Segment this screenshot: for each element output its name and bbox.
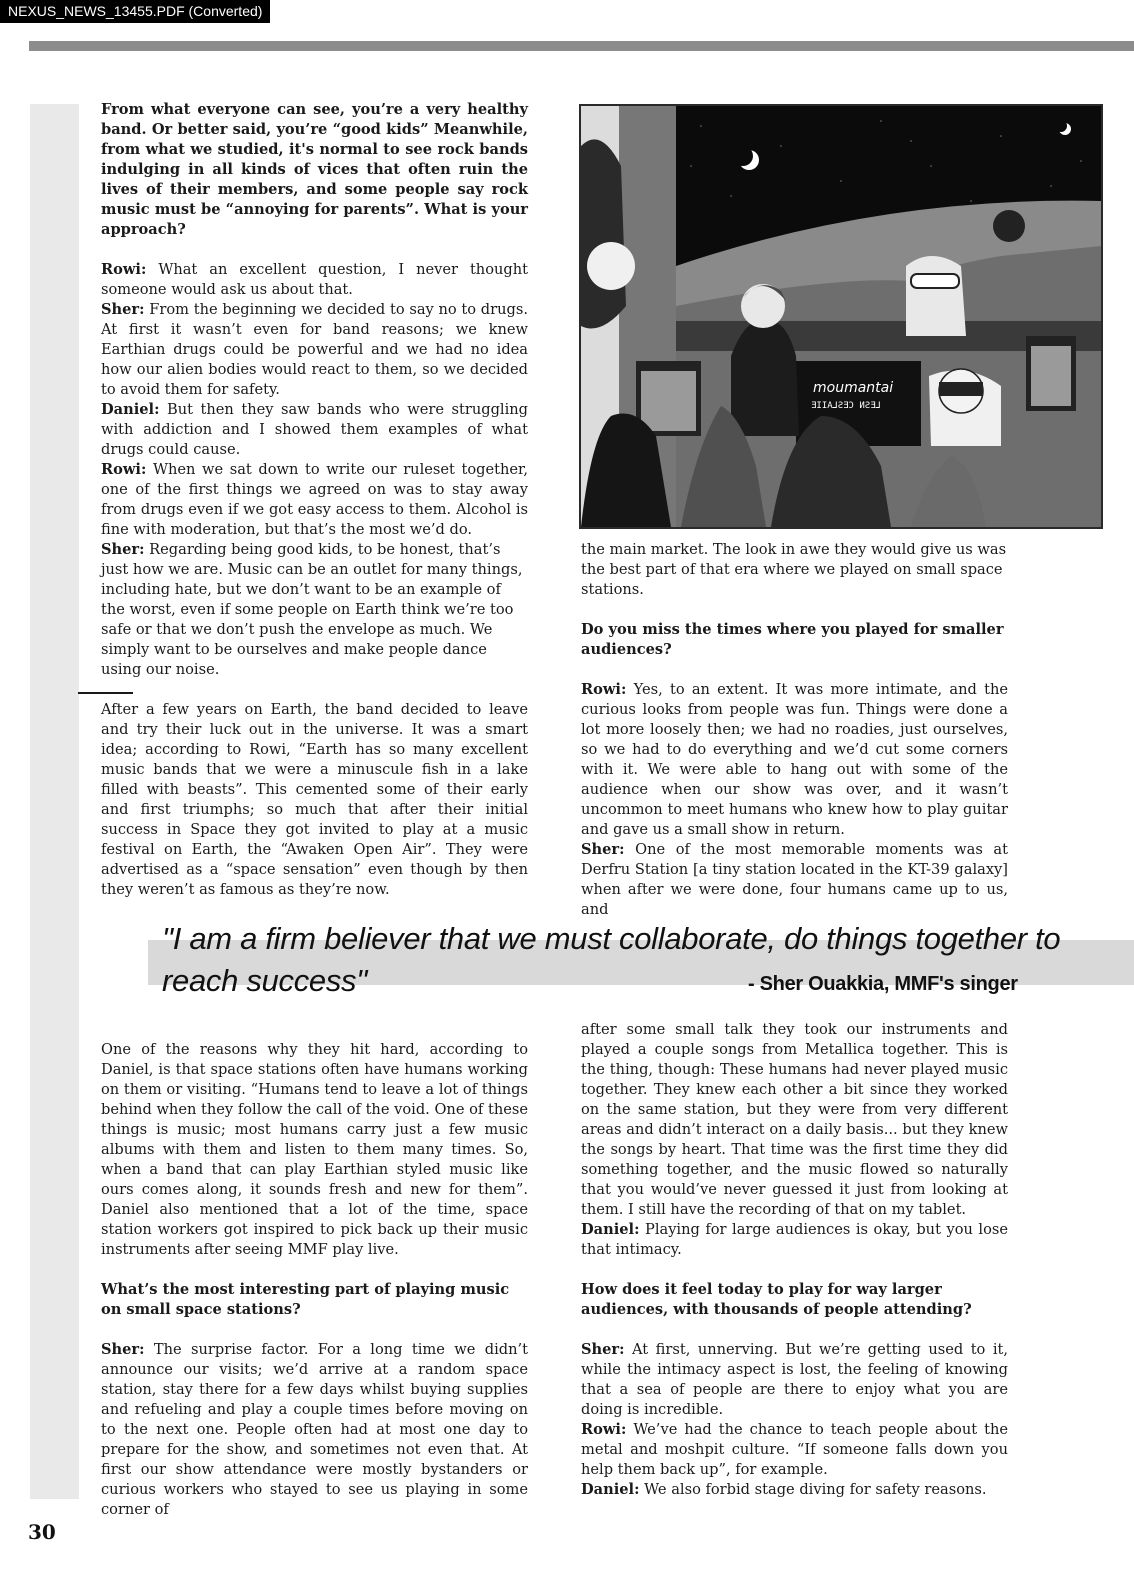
speaker-name: Daniel: [581, 1481, 639, 1498]
narrative-paragraph: One of the reasons why they hit hard, ac… [101, 1040, 528, 1260]
answer: Rowi: What an excellent question, I neve… [101, 260, 528, 300]
answer: Rowi: When we sat down to write our rule… [101, 460, 528, 540]
speaker-name: Daniel: [581, 1221, 639, 1238]
section-divider [78, 692, 133, 694]
answer-text: Yes, to an extent. It was more intimate,… [581, 681, 1008, 838]
answer-text: When we sat down to write our ruleset to… [101, 461, 528, 538]
answer: Sher: One of the most memorable moments … [581, 840, 1008, 920]
interview-question: What’s the most interesting part of play… [101, 1280, 528, 1320]
right-column-top: the main market. The look in awe they wo… [581, 540, 1008, 920]
answer-text: What an excellent question, I never thou… [101, 261, 528, 298]
answer-text: One of the most memorable moments was at… [581, 841, 1008, 918]
left-column-middle: After a few years on Earth, the band dec… [101, 700, 528, 900]
answer-text: We’ve had the chance to teach people abo… [581, 1421, 1008, 1478]
page-sidebar-bar [30, 104, 79, 1499]
continuation-text: after some small talk they took our inst… [581, 1020, 1008, 1220]
interview-question: How does it feel today to play for way l… [581, 1280, 1008, 1320]
file-title-label: NEXUS_NEWS_13455.PDF (Converted) [0, 0, 270, 23]
speaker-name: Rowi: [581, 1421, 626, 1438]
left-column-bottom: One of the reasons why they hit hard, ac… [101, 1040, 528, 1520]
answer-text: Regarding being good kids, to be honest,… [101, 541, 522, 678]
answer: Rowi: Yes, to an extent. It was more int… [581, 680, 1008, 840]
speaker-name: Sher: [581, 841, 625, 858]
answer: Daniel: We also forbid stage diving for … [581, 1480, 1008, 1500]
speaker-name: Rowi: [101, 261, 146, 278]
answer: Rowi: We’ve had the chance to teach peop… [581, 1420, 1008, 1480]
speaker-name: Rowi: [101, 461, 146, 478]
page-number: 30 [28, 1520, 56, 1544]
answer-text: At first, unnerving. But we’re getting u… [581, 1341, 1008, 1418]
answer: Daniel: But then they saw bands who were… [101, 400, 528, 460]
answer-text: The surprise factor. For a long time we … [101, 1341, 528, 1518]
answer: Daniel: Playing for large audiences is o… [581, 1220, 1008, 1260]
answer: Sher: The surprise factor. For a long ti… [101, 1340, 528, 1520]
pull-quote-attribution: - Sher Ouakkia, MMF's singer [748, 970, 1018, 998]
interview-question: From what everyone can see, you’re a ver… [101, 100, 528, 240]
left-column-top: From what everyone can see, you’re a ver… [101, 100, 528, 680]
drum-logo-text: moumantai [813, 380, 893, 396]
speaker-name: Sher: [101, 541, 145, 558]
answer-text: But then they saw bands who were struggl… [101, 401, 528, 458]
band-illustration: moumantai ƎIIA⅃ƧƎϽ ИƧƎ⅃ [579, 104, 1103, 529]
answer: Sher: At first, unnerving. But we’re get… [581, 1340, 1008, 1420]
answer-text: Playing for large audiences is okay, but… [581, 1221, 1008, 1258]
continuation-text: the main market. The look in awe they wo… [581, 540, 1008, 600]
speaker-name: Rowi: [581, 681, 626, 698]
header-rule [29, 41, 1134, 51]
answer-text: We also forbid stage diving for safety r… [639, 1481, 986, 1498]
concert-illustration-svg: moumantai ƎIIA⅃ƧƎϽ ИƧƎ⅃ [581, 106, 1101, 527]
drum-alien-text: ƎIIA⅃ƧƎϽ ИƧƎ⅃ [811, 401, 881, 411]
answer: Sher: Regarding being good kids, to be h… [101, 540, 528, 680]
speaker-name: Sher: [581, 1341, 625, 1358]
right-column-bottom: after some small talk they took our inst… [581, 1020, 1008, 1500]
interview-question: Do you miss the times where you played f… [581, 620, 1008, 660]
speaker-name: Sher: [101, 1341, 145, 1358]
answer-text: From the beginning we decided to say no … [101, 301, 528, 398]
speaker-name: Sher: [101, 301, 145, 318]
answer: Sher: From the beginning we decided to s… [101, 300, 528, 400]
narrative-paragraph: After a few years on Earth, the band dec… [101, 700, 528, 900]
speaker-name: Daniel: [101, 401, 159, 418]
